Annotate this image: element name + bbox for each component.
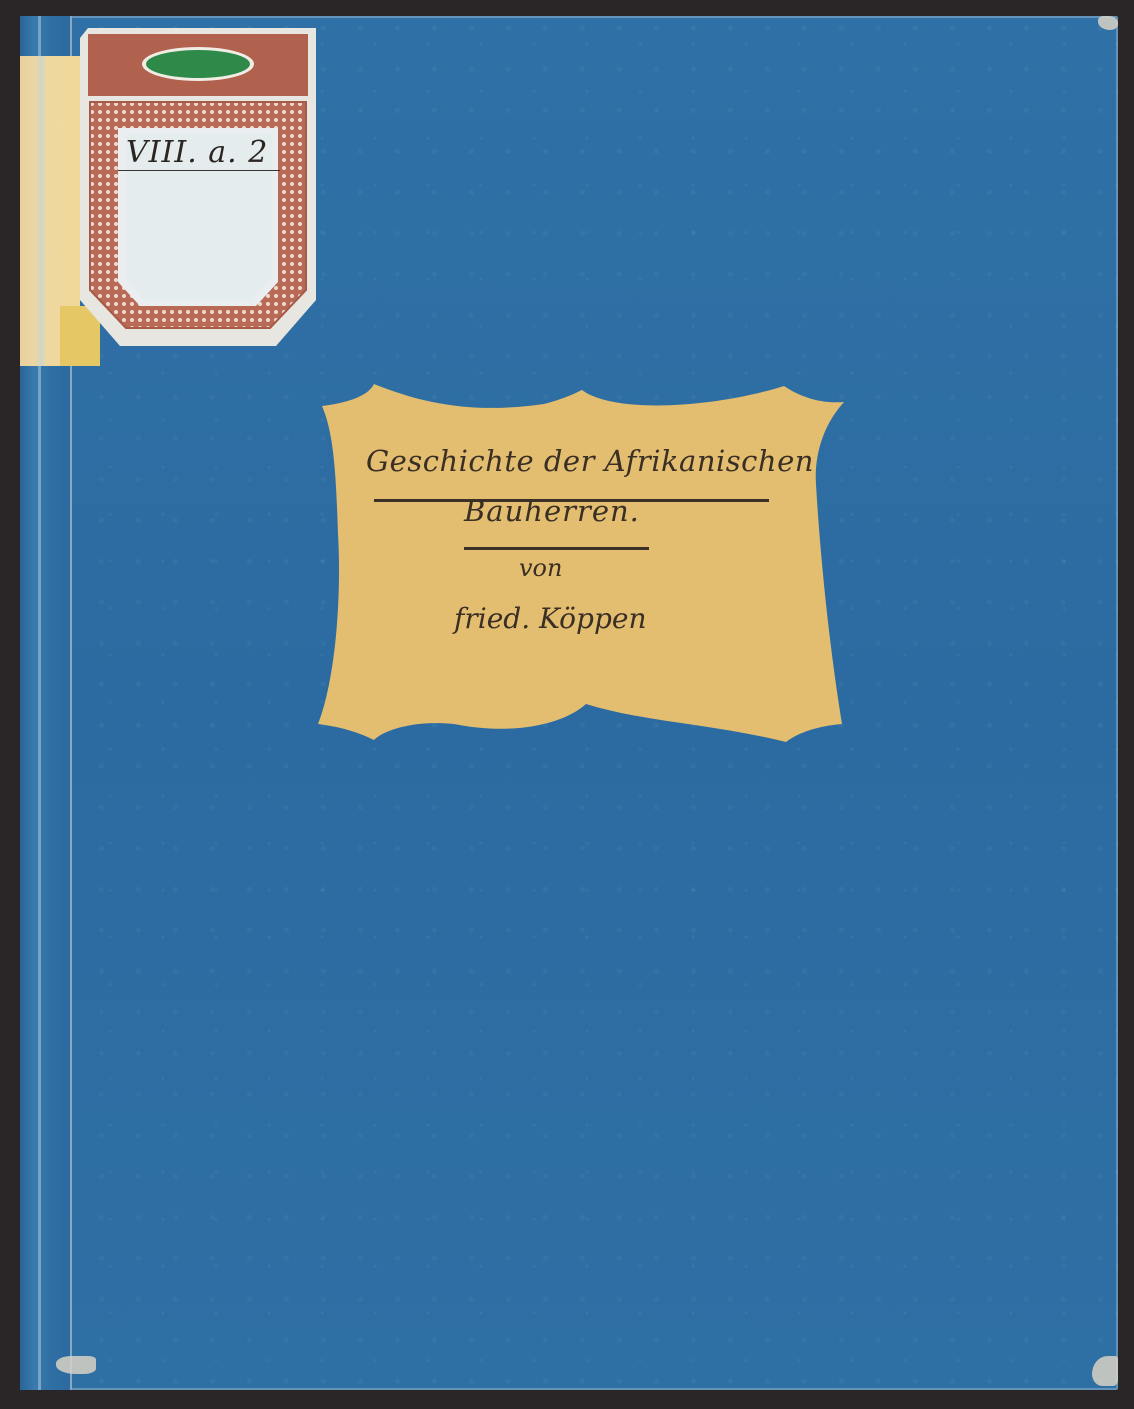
title-line-2: Bauherren. [464, 494, 640, 528]
author-name: fried. Köppen [454, 602, 646, 635]
title-label: Geschichte der Afrikanischen Bauherren. … [314, 384, 848, 744]
corner-wear-bottom-right [1092, 1356, 1118, 1386]
author-preposition: von [519, 554, 562, 582]
title-label-shape [314, 384, 848, 744]
corner-wear-bottom-left [56, 1356, 96, 1374]
library-label [80, 28, 316, 346]
call-number: VIII. a. 2 [118, 136, 280, 171]
corner-wear-top-right [1098, 16, 1118, 30]
title-line-1: Geschichte der Afrikanischen [366, 444, 814, 478]
title-underline-2 [464, 547, 649, 550]
library-label-frame [80, 28, 316, 346]
